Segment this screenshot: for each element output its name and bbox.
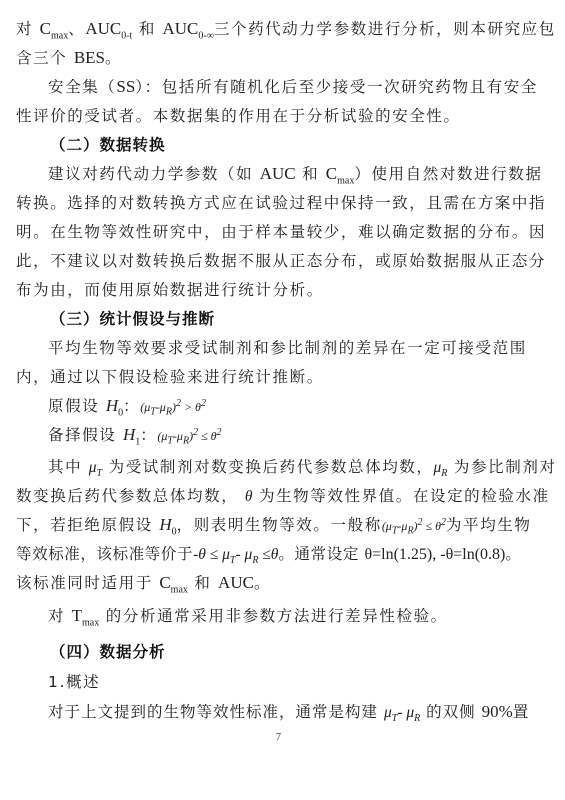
text: (μ — [140, 400, 150, 414]
subscript: max — [51, 30, 68, 41]
text: 等效标准，该标准等价于 — [16, 545, 193, 563]
text: 为参比制剂对 — [447, 458, 556, 476]
subscript: 0-∞ — [198, 30, 213, 41]
text: 。 — [254, 574, 271, 592]
text: C — [40, 19, 51, 38]
text: μ — [384, 704, 392, 721]
cmax-term: Cmax — [40, 19, 69, 38]
text: -μ — [156, 400, 166, 414]
text: ，则表明生物等效。一般称 — [177, 516, 382, 534]
text: 该标准同时适用于 — [16, 574, 159, 592]
text-line: 对 Tmax 的分析通常采用非参数方法进行差异性检验。 — [48, 606, 565, 626]
h0-formula: (μT-μR)2 > θ2 — [140, 400, 206, 414]
subsection-heading: 1.概述 — [48, 672, 565, 692]
text: ）使用自然对数进行数据 — [354, 165, 542, 183]
text-line: 对于上文提到的生物等效性标准，通常是构建 μT- μR 的双侧 90%置 — [48, 702, 565, 723]
text-line: 其中 μT 为受试制剂对数变换后药代参数总体均数，μR 为参比制剂对 — [48, 457, 565, 478]
section-heading: （四）数据分析 — [50, 642, 565, 662]
text: 。 — [105, 49, 122, 67]
text: - μ — [235, 546, 252, 563]
auc-0inf-term: AUC0-∞ — [163, 19, 214, 38]
null-hypothesis: 原假设 H0：(μT-μR)2 > θ2 — [48, 396, 565, 417]
text: ： — [123, 397, 140, 415]
text-line: 下，若拒绝原假设 H0，则表明生物等效。一般称(μT-μR)2 ≤ θ2为平均生… — [16, 515, 551, 536]
text: 数变换后药代参数总体均数， — [16, 487, 245, 505]
auc-term: AUC — [218, 573, 254, 592]
mu-t-symbol: μT — [89, 459, 102, 476]
text-line: 该标准同时适用于 Cmax 和 AUC。 — [16, 573, 551, 593]
text: 安全集（ — [48, 78, 116, 96]
cmax-term: Cmax — [159, 573, 188, 592]
h1-symbol: H1 — [123, 425, 140, 444]
text: 建议对药代动力学参数（如 — [48, 165, 260, 183]
text: 含三个 — [16, 49, 74, 67]
text-line: 建议对药代动力学参数（如 AUC 和 Cmax）使用自然对数进行数据 — [48, 164, 565, 184]
text: ≤ θ — [198, 429, 216, 443]
text: - μ — [397, 704, 414, 721]
text: ≤ θ — [423, 519, 441, 533]
text: 备择假设 — [48, 426, 123, 444]
mu-difference: μT- μR — [384, 704, 420, 721]
text: 对 — [16, 20, 40, 38]
text-line: 数变换后药代参数总体均数， θ 为生物等效性界值。在设定的检验水准 — [16, 486, 551, 507]
text-line: 内，通过以下假设检验来进行统计推断。 — [16, 367, 551, 387]
text: -μ — [173, 429, 183, 443]
text: 为生物等效性界值。在设定的检验水准 — [252, 487, 549, 505]
text-line: 此，不建议以对数转换后数据不服从正态分布，或原始数据服从正态分 — [16, 251, 551, 271]
bes-term: BES — [74, 48, 105, 67]
text: 为平均生物 — [446, 516, 532, 534]
text: ≤θ — [258, 546, 278, 563]
text-line: 性评价的受试者。本数据集的作用在于分析试验的安全性。 — [16, 106, 551, 126]
text-line: 转换。选择的对数转换方式应在试验过程中保持一致，且需在方案中指 — [16, 193, 551, 213]
text: H — [106, 396, 118, 415]
alternative-hypothesis: 备择假设 H1：(μT-μR)2 ≤ θ2 — [48, 425, 565, 446]
text-line: 对 Cmax、AUC0-t 和 AUC0-∞三个药代动力学参数进行分析，则本研究… — [16, 19, 551, 39]
auc-0t-term: AUC0-t — [85, 19, 132, 38]
text-line: 平均生物等效要求受试制剂和参比制剂的差异在一定可接受范围 — [48, 338, 565, 358]
text: AUC — [163, 19, 199, 38]
text: C — [326, 164, 337, 183]
text: C — [159, 573, 170, 592]
text: H — [123, 425, 135, 444]
text: 对于上文提到的生物等效性标准，通常是构建 — [48, 703, 384, 721]
mu-r-symbol: μR — [434, 459, 448, 476]
subscript: max — [337, 175, 354, 186]
auc-term: AUC — [260, 164, 296, 183]
text: 三个药代动力学参数进行分析，则本研究应包 — [214, 20, 556, 38]
text: 为受试制剂对数变换后药代参数总体均数， — [102, 458, 433, 476]
equivalence-formula: (μT-μR)2 ≤ θ2 — [382, 519, 446, 533]
page-number: 7 — [276, 732, 281, 743]
text: 、 — [68, 20, 85, 38]
text: (μ — [382, 519, 392, 533]
text: 和 — [296, 165, 326, 183]
text: AUC — [85, 19, 121, 38]
ss-term: SS — [116, 77, 135, 96]
text: 。 — [505, 545, 521, 563]
subscript: max — [82, 617, 99, 628]
text: 的分析通常采用非参数方法进行差异性检验。 — [99, 607, 448, 625]
theta-definition: θ=ln(1.25), -θ=ln(0.8) — [364, 546, 505, 563]
text-line: 等效标准，该标准等价于-θ ≤ μT- μR ≤θ。通常设定 θ=ln(1.25… — [16, 544, 551, 565]
text: 。通常设定 — [278, 545, 364, 563]
text-line: 布为由，而使用原始数据进行统计分析。 — [16, 280, 551, 300]
subscript: max — [171, 584, 188, 595]
text: 和 — [188, 574, 218, 592]
text: (μ — [157, 429, 167, 443]
tmax-term: Tmax — [72, 606, 100, 625]
text: H — [159, 515, 171, 534]
text: 的双侧 — [420, 703, 481, 721]
subscript: 0-t — [121, 30, 132, 41]
superscript: 2 — [217, 427, 222, 438]
text-line: 安全集（SS）：包括所有随机化后至少接受一次研究药物且有安全 — [48, 77, 565, 97]
text: -μ — [397, 519, 407, 533]
superscript: 2 — [201, 398, 206, 409]
h1-formula: (μT-μR)2 ≤ θ2 — [157, 429, 221, 443]
text: > θ — [181, 400, 201, 414]
text: 性评价的受试者。本数据集的作用在于分析试验的安全性。 — [16, 107, 461, 125]
section-heading: （三）统计假设与推断 — [50, 309, 565, 329]
text: 和 — [139, 20, 163, 38]
text: μ — [89, 459, 97, 476]
text-line: 含三个 BES。 — [16, 48, 551, 68]
section-heading: （二）数据转换 — [50, 135, 565, 155]
inequality: -θ ≤ μT- μR ≤θ — [193, 546, 278, 563]
text: ： — [140, 426, 157, 444]
text: 原假设 — [48, 397, 106, 415]
confidence-level: 90% — [482, 702, 513, 721]
text: T — [72, 606, 82, 625]
text-line: 明。在生物等效性研究中，由于样本量较少，难以确定数据的分布。因 — [16, 222, 551, 242]
text: ）：包括所有随机化后至少接受一次研究药物且有安全 — [135, 78, 538, 96]
text: 对 — [48, 607, 72, 625]
text: 下，若拒绝原假设 — [16, 516, 159, 534]
text: 其中 — [48, 458, 89, 476]
h0-symbol: H0 — [106, 396, 123, 415]
h0-symbol: H0 — [159, 515, 176, 534]
document-page: 对 Cmax、AUC0-t 和 AUC0-∞三个药代动力学参数进行分析，则本研究… — [0, 0, 565, 800]
text: 置 — [513, 703, 530, 721]
cmax-term: Cmax — [326, 164, 355, 183]
text: -θ ≤ μ — [193, 546, 230, 563]
